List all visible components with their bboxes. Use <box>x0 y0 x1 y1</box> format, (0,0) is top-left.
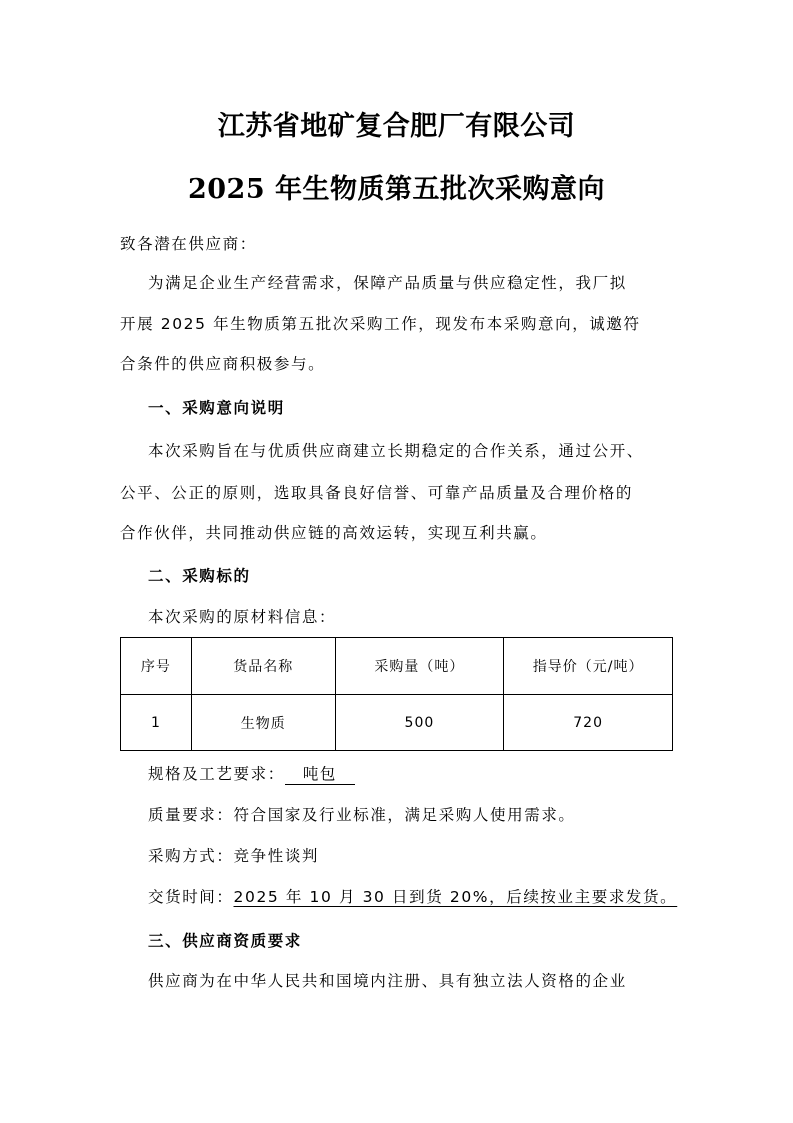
cell-quantity: 500 <box>335 695 504 751</box>
company-title: 江苏省地矿复合肥厂有限公司 <box>0 107 793 147</box>
section1-heading: 一、采购意向说明 <box>148 397 285 419</box>
cell-index: 1 <box>121 695 192 751</box>
intro-line-3: 合条件的供应商积极参与。 <box>120 353 325 375</box>
notice-title: 2025 年生物质第五批次采购意向 <box>0 170 793 210</box>
section1-line-3: 合作伙伴，共同推动供应链的高效运转，实现互利共赢。 <box>120 522 548 544</box>
section1-line-1: 本次采购旨在与优质供应商建立长期稳定的合作关系，通过公开、 <box>148 440 644 462</box>
quality-requirement: 质量要求：符合国家及行业标准，满足采购人使用需求。 <box>148 804 576 826</box>
cell-item-name: 生物质 <box>191 695 335 751</box>
section2-heading: 二、采购标的 <box>148 565 251 587</box>
delivery-value: 2025 年 10 月 30 日到货 20%，后续按业主要求发货。 <box>234 888 678 906</box>
materials-table: 序号 货品名称 采购量（吨） 指导价（元/吨） 1 生物质 500 720 <box>120 637 673 751</box>
method-value: 竞争性谈判 <box>234 847 320 865</box>
table-intro: 本次采购的原材料信息： <box>148 606 336 628</box>
spec-requirement: 规格及工艺要求：吨包 <box>148 763 355 785</box>
header-quantity: 采购量（吨） <box>335 638 504 695</box>
method-label: 采购方式： <box>148 847 234 865</box>
quality-value: 符合国家及行业标准，满足采购人使用需求。 <box>234 806 576 824</box>
intro-line-1: 为满足企业生产经营需求，保障产品质量与供应稳定性，我厂拟 <box>148 272 627 294</box>
salutation: 致各潜在供应商： <box>120 233 257 255</box>
table-header-row: 序号 货品名称 采购量（吨） 指导价（元/吨） <box>121 638 673 695</box>
section3-line-1: 供应商为在中华人民共和国境内注册、具有独立法人资格的企业 <box>148 970 627 992</box>
section3-heading: 三、供应商资质要求 <box>148 930 302 952</box>
delivery-time: 交货时间：2025 年 10 月 30 日到货 20%，后续按业主要求发货。 <box>148 886 677 908</box>
table-row: 1 生物质 500 720 <box>121 695 673 751</box>
delivery-label: 交货时间： <box>148 888 234 906</box>
header-index: 序号 <box>121 638 192 695</box>
procurement-method: 采购方式：竞争性谈判 <box>148 845 319 867</box>
spec-value: 吨包 <box>285 764 355 785</box>
cell-guide-price: 720 <box>504 695 673 751</box>
intro-line-2: 开展 2025 年生物质第五批次采购工作，现发布本采购意向，诚邀符 <box>120 313 641 335</box>
header-item-name: 货品名称 <box>191 638 335 695</box>
section1-line-2: 公平、公正的原则，选取具备良好信誉、可靠产品质量及合理价格的 <box>120 482 633 504</box>
quality-label: 质量要求： <box>148 806 234 824</box>
spec-label: 规格及工艺要求： <box>148 765 285 783</box>
document-page: 江苏省地矿复合肥厂有限公司 2025 年生物质第五批次采购意向 致各潜在供应商：… <box>0 0 793 1123</box>
header-guide-price: 指导价（元/吨） <box>504 638 673 695</box>
